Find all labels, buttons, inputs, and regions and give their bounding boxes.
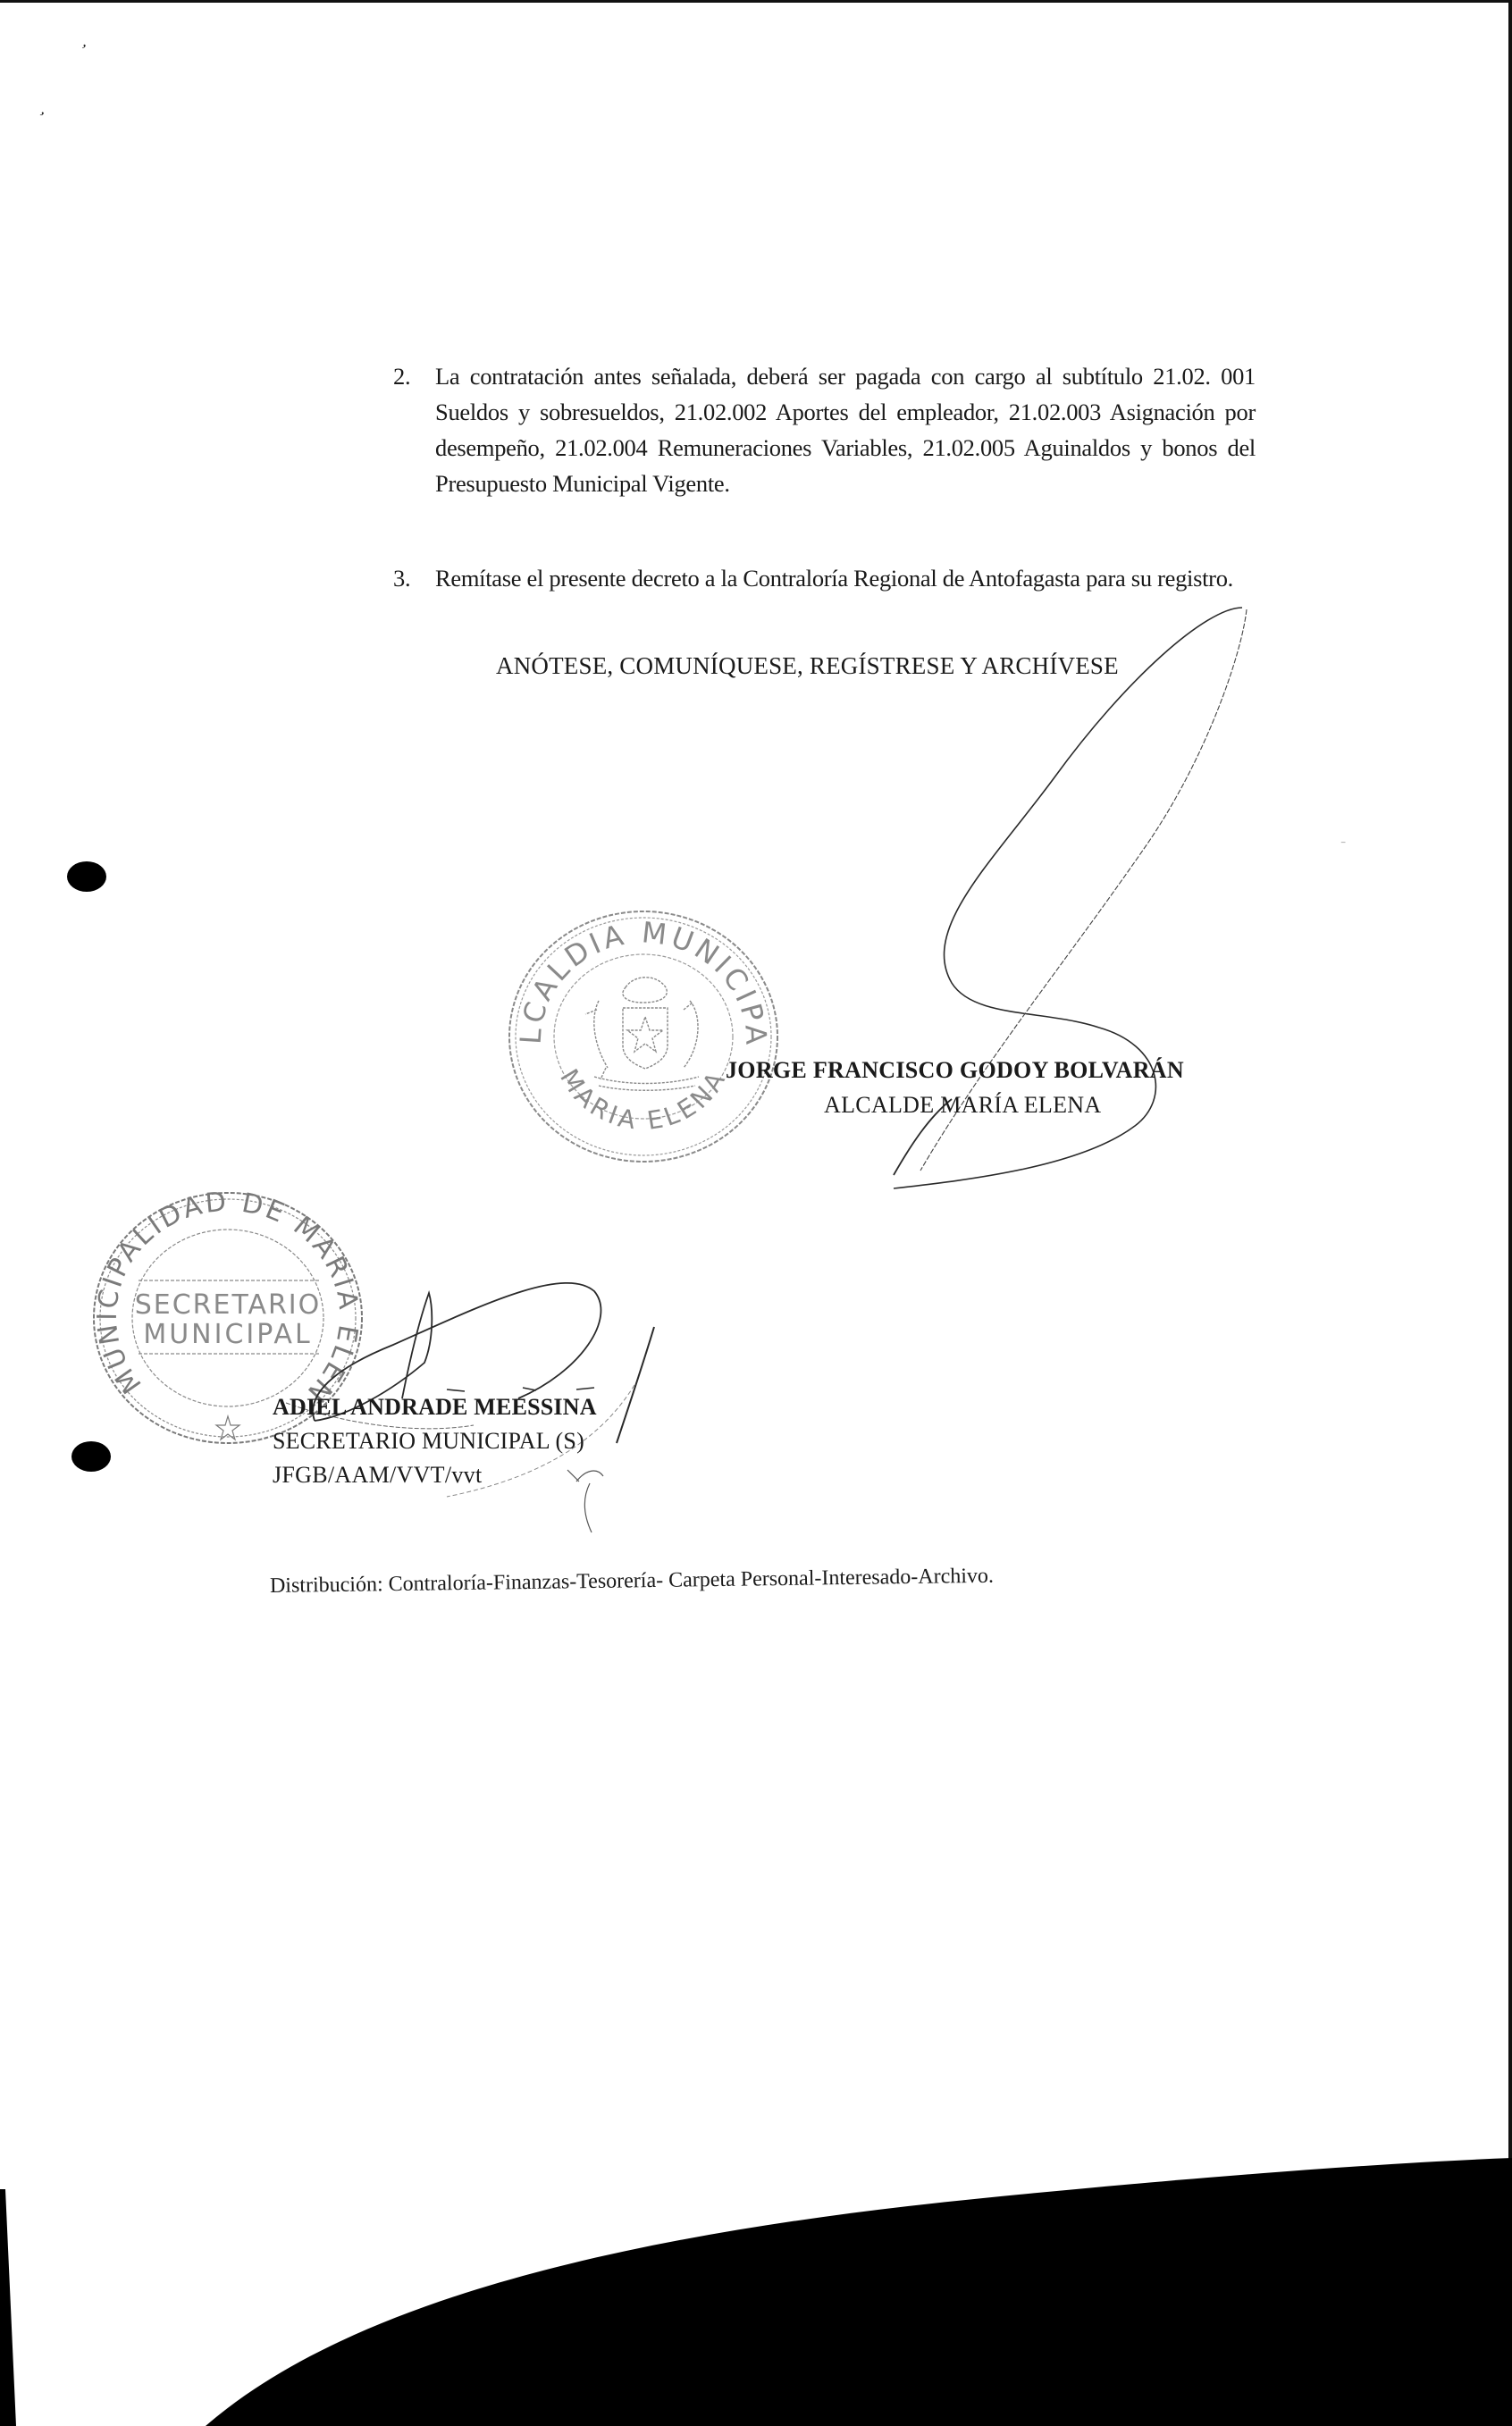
secretario-name: ADIEL ANDRADE MEESSINA <box>273 1394 597 1421</box>
item-number: 3. <box>393 560 410 596</box>
scanned-document-page: , , ⁻ 2. La contratación antes señalada,… <box>0 0 1512 2426</box>
punch-hole <box>67 861 106 892</box>
svg-text:I. MUNICIPALIDAD DE MARIA ELEN: I. MUNICIPALIDAD DE MARIA ELENA <box>85 1184 364 1410</box>
scan-shadow-bottom <box>0 2145 1512 2426</box>
punch-hole <box>71 1441 111 1472</box>
initial-mark <box>563 1465 617 1537</box>
reference-initials: JFGB/AAM/VVT/vvt <box>273 1462 483 1489</box>
secretario-title: SECRETARIO MUNICIPAL (S) <box>273 1428 584 1455</box>
scan-edge-left <box>0 0 18 2426</box>
item-text: Remítase el presente decreto a la Contra… <box>435 560 1256 596</box>
distribution-list: Distribución: Contraloría-Finanzas-Tesor… <box>270 1565 994 1599</box>
scan-edge-right <box>1508 0 1512 2426</box>
stray-mark: , <box>81 32 91 51</box>
svg-text:MARIA ELENA: MARIA ELENA <box>554 1064 733 1136</box>
alcalde-title: ALCALDE MARÍA ELENA <box>824 1092 1101 1119</box>
item-text: La contratación antes señalada, deberá s… <box>435 358 1256 501</box>
item-number: 2. <box>393 358 410 394</box>
decree-item-3: 3. Remítase el presente decreto a la Con… <box>393 560 1256 596</box>
svg-text:ALCALDIA MUNICIPAL: ALCALDIA MUNICIPAL <box>500 902 773 1049</box>
scan-edge-top <box>0 0 1512 3</box>
alcalde-name: JORGE FRANCISCO GODOY BOLVARÁN <box>726 1057 1184 1084</box>
stray-mark: ⁻ <box>1340 838 1346 852</box>
decree-item-2: 2. La contratación antes señalada, deber… <box>393 358 1256 501</box>
svg-text:SECRETARIO: SECRETARIO <box>135 1289 322 1321</box>
svg-text:MUNICIPAL: MUNICIPAL <box>143 1319 312 1350</box>
stray-mark: , <box>38 100 51 118</box>
alcaldia-municipal-stamp: ALCALDIA MUNICIPAL MARIA ELENA <box>500 902 786 1171</box>
closing-formula: ANÓTESE, COMUNÍQUESE, REGÍSTRESE Y ARCHÍ… <box>496 652 1119 680</box>
